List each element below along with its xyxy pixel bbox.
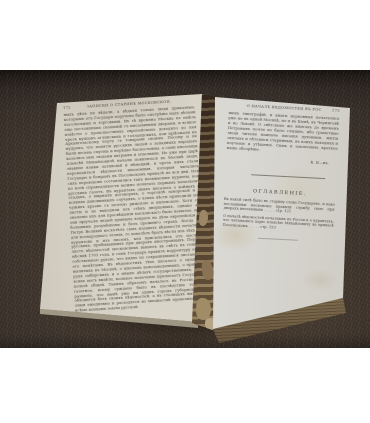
photograph-canvas: 172 ЗАПИСКИ О СТАРИНѢ МОСКОВСКОЙ. ныхъ д…: [0, 0, 370, 423]
right-page-text-block: О НАЧАЛѢ ВѢДОМОСТЕЙ ВЪ РОССІИ. 173 шихъ …: [222, 103, 340, 242]
author-signature-illegible: Б. К—въ.: [226, 155, 337, 166]
end-rule: [257, 237, 297, 240]
spine-binding-fragment: [201, 259, 214, 280]
photo-of-open-book: 172 ЗАПИСКИ О СТАРИНѢ МОСКОВСКОЙ. ныхъ д…: [0, 70, 370, 348]
separator-rule: [251, 174, 325, 179]
contents-entries: Въ какой силѣ было въ старину слово Госу…: [222, 197, 334, 233]
contents-entry-illegible: О началѣ вѣдомостей печатныхъ въ Россіи …: [222, 214, 334, 234]
right-body-text-illegible: шихъ типографій, и книги церковныя печат…: [227, 110, 340, 156]
left-page-text-block: 172 ЗАПИСКИ О СТАРИНѢ МОСКОВСКОЙ. ныхъ д…: [63, 98, 207, 314]
left-body-text-illegible: ныхъ дѣлъ не вѣдали, а вѣдали только люд…: [63, 105, 207, 314]
contents-entry-illegible: Въ какой силѣ было въ старину слово Госу…: [223, 197, 335, 217]
right-page-number: 173: [322, 108, 340, 113]
left-page-number: 172: [63, 105, 81, 110]
spine-binding-fragment: [198, 209, 209, 226]
